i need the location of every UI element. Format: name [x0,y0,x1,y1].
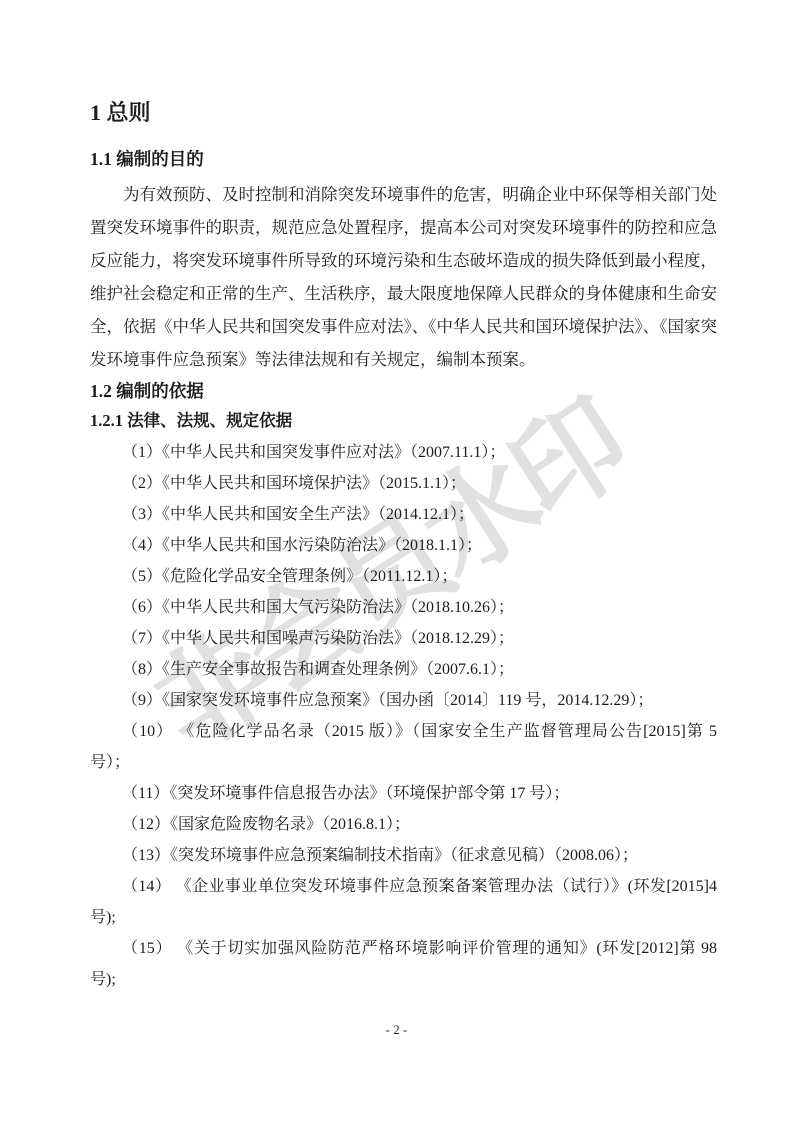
section-heading-1-2: 1.2 编制的依据 [90,380,717,402]
page-content: 1 总则 1.1 编制的目的 为有效预防、及时控制和消除突发环境事件的危害，明确… [90,100,717,995]
section-heading-1-1: 1.1 编制的目的 [90,148,717,170]
page-number: - 2 - [0,1022,793,1038]
legal-item-11: （11）《突发环境事件信息报告办法》（环境保护部令第 17 号）； [90,778,717,809]
legal-item-6: （6）《中华人民共和国大气污染防治法》（2018.10.26）； [90,592,717,623]
legal-item-4: （4）《中华人民共和国水污染防治法》（2018.1.1）； [90,530,717,561]
legal-item-10: （10） 《危险化学品名录（2015 版）》（国家安全生产监督管理局公告[201… [90,716,717,778]
legal-item-13: （13）《突发环境事件应急预案编制技术指南》（征求意见稿）（2008.06）； [90,840,717,871]
document-page: 非会员水印 1 总则 1.1 编制的目的 为有效预防、及时控制和消除突发环境事件… [0,0,793,1122]
section-heading-1-2-1: 1.2.1 法律、法规、规定依据 [90,410,717,431]
legal-item-1: （1）《中华人民共和国突发事件应对法》（2007.11.1）； [90,437,717,468]
section-1-1-paragraph: 为有效预防、及时控制和消除突发环境事件的危害，明确企业中环保等相关部门处置突发环… [90,178,717,376]
legal-item-15: （15） 《关于切实加强风险防范严格环境影响评价管理的通知》(环发[2012]第… [90,933,717,995]
legal-item-14: （14） 《企业事业单位突发环境事件应急预案备案管理办法（试行）》(环发[201… [90,871,717,933]
legal-item-2: （2）《中华人民共和国环境保护法》（2015.1.1）； [90,468,717,499]
legal-item-12: （12）《国家危险废物名录》（2016.8.1）； [90,809,717,840]
legal-item-5: （5）《危险化学品安全管理条例》（2011.12.1）； [90,561,717,592]
legal-item-3: （3）《中华人民共和国安全生产法》（2014.12.1）； [90,499,717,530]
legal-item-7: （7）《中华人民共和国噪声污染防治法》（2018.12.29）； [90,623,717,654]
chapter-title: 1 总则 [90,100,717,126]
legal-item-8: （8）《生产安全事故报告和调查处理条例》（2007.6.1）； [90,654,717,685]
legal-item-9: （9）《国家突发环境事件应急预案》（国办函〔2014〕119 号，2014.12… [90,685,717,716]
